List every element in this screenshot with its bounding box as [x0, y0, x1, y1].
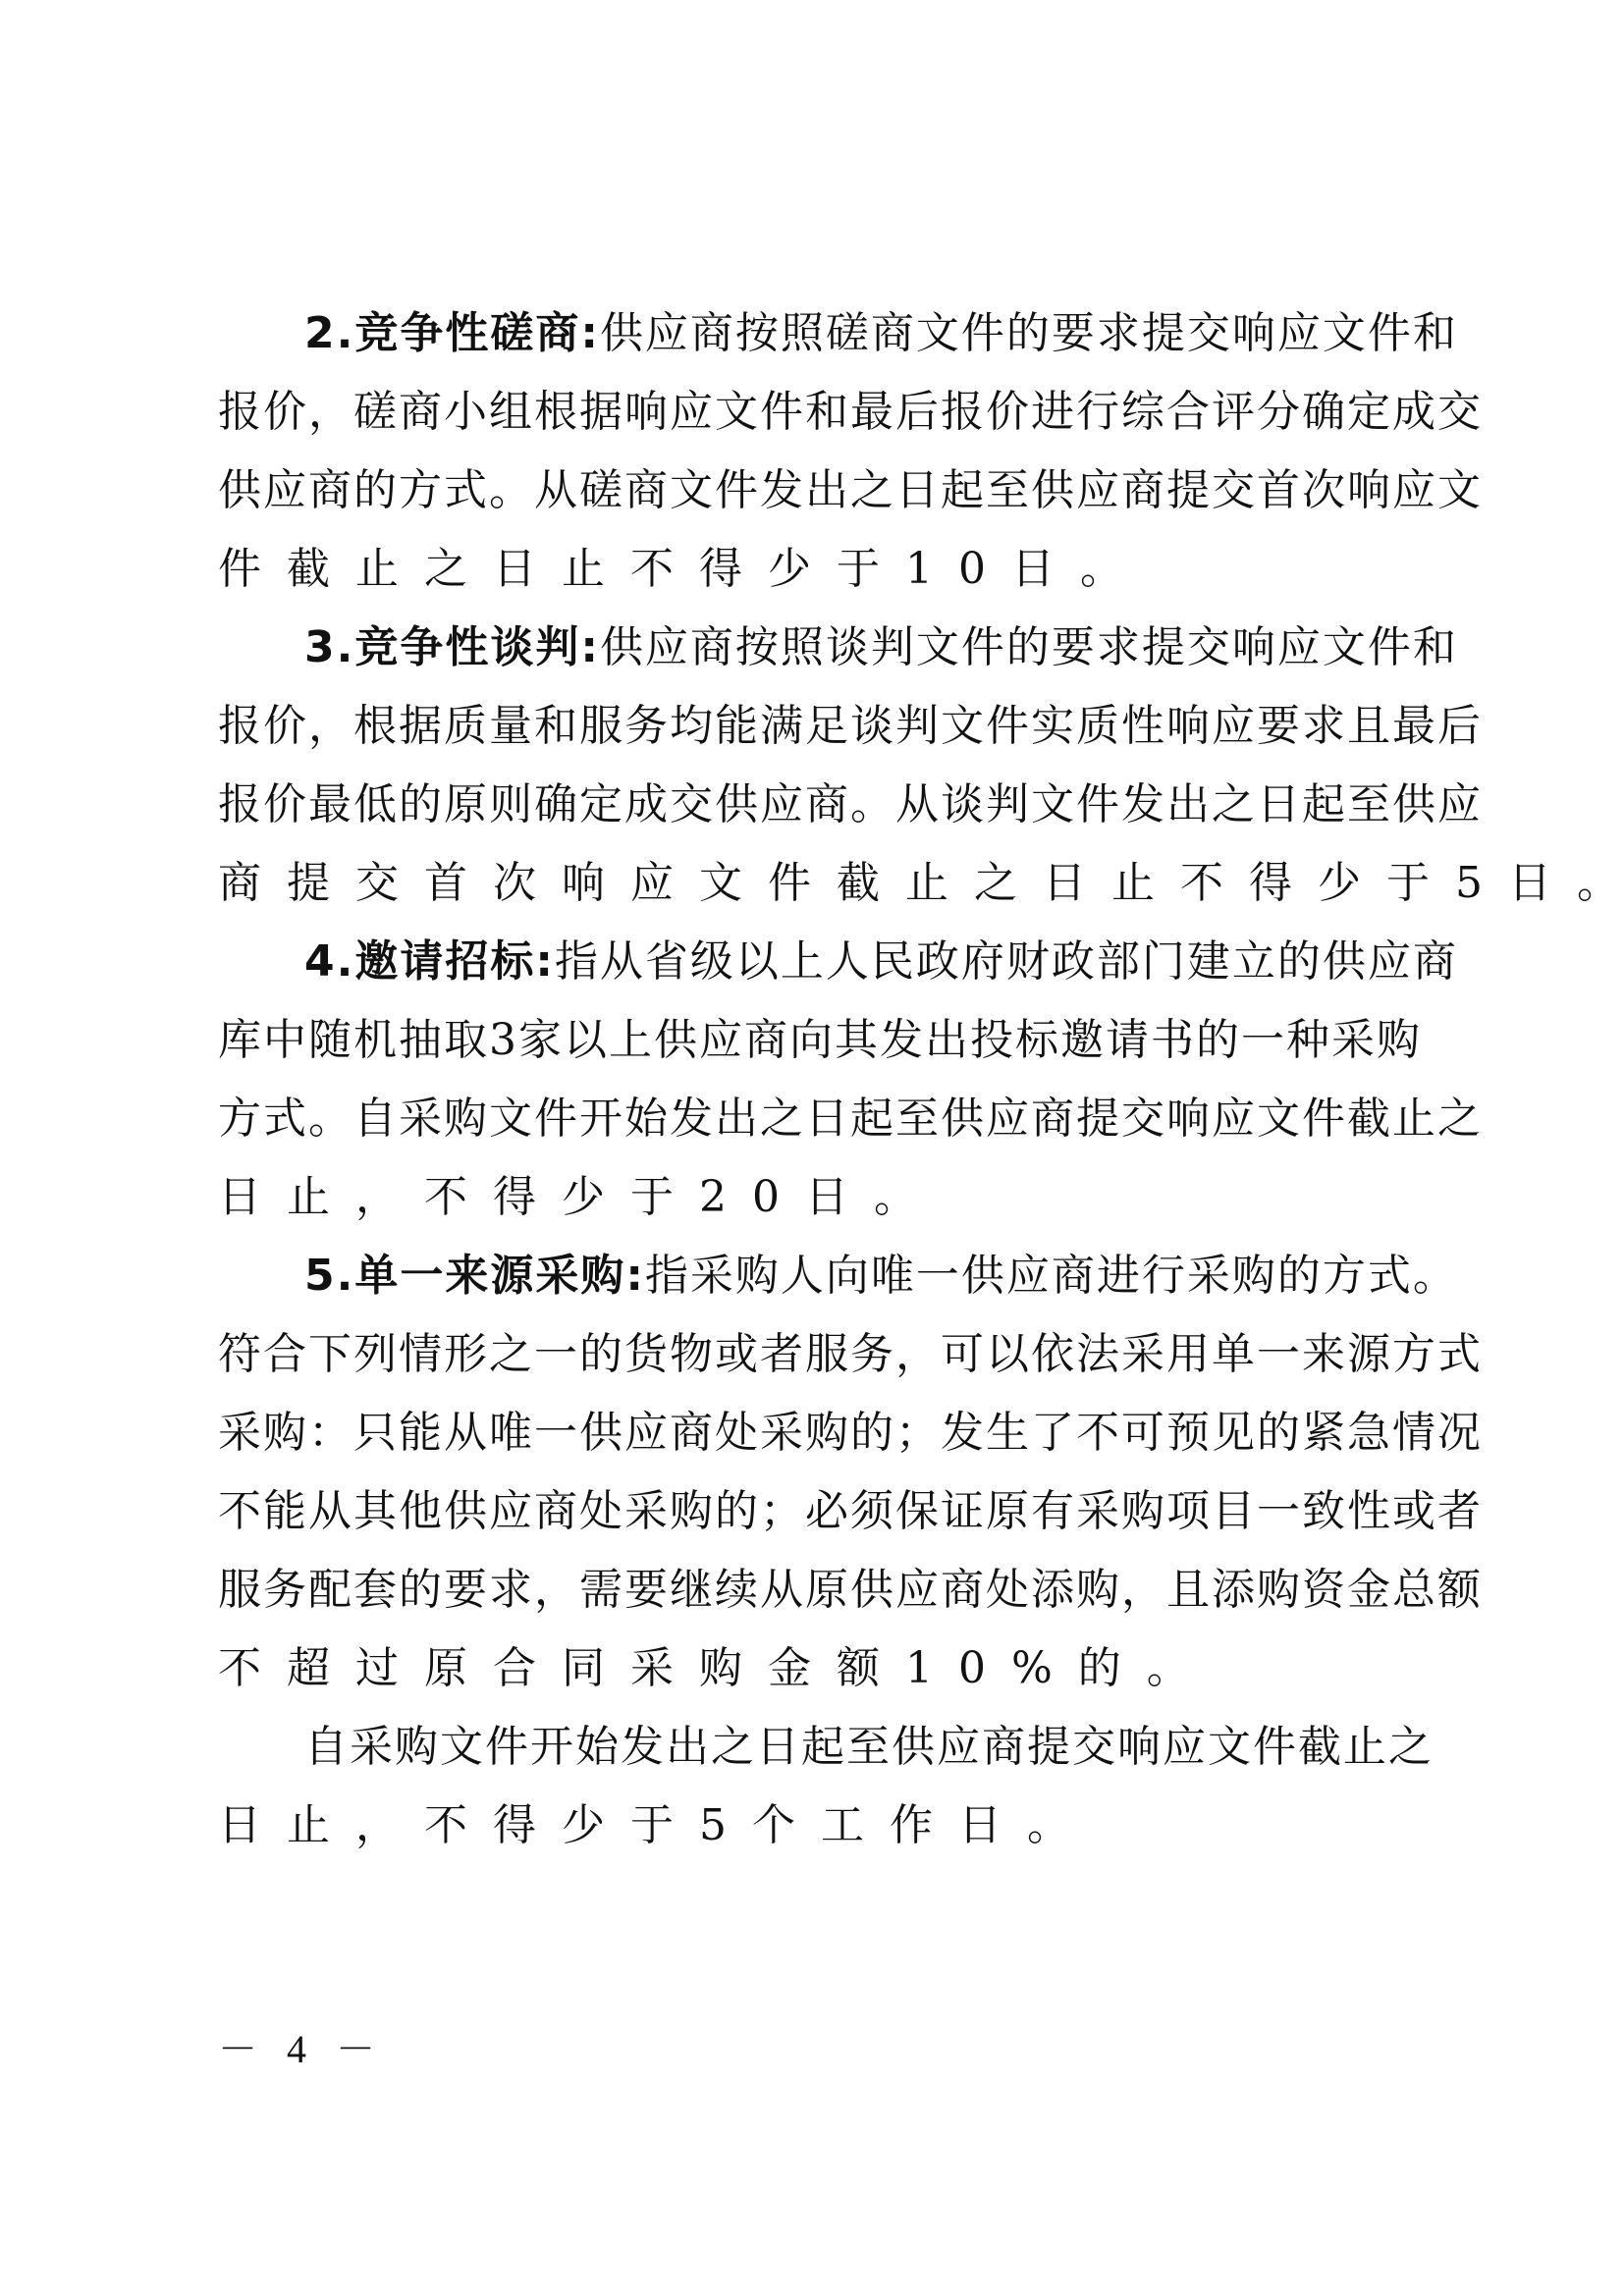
section-heading: 3.竞争性谈判: [304, 622, 600, 672]
section-heading: 4.邀请招标: [304, 936, 555, 987]
paragraph-line: 供应商的方式。从磋商文件发出之日起至供应商提交首次响应文 [218, 452, 1418, 530]
document-page: 2.竞争性磋商:供应商按照磋商文件的要求提交响应文件和 报价，磋商小组根据响应文… [0, 0, 1624, 2296]
page-number: － 4 － [218, 2020, 385, 2079]
paragraph-line: 3.竞争性谈判:供应商按照谈判文件的要求提交响应文件和 [218, 609, 1418, 687]
paragraph-line: 件截止之日止不得少于10日。 [218, 530, 1418, 609]
section-heading: 5.单一来源采购: [304, 1251, 645, 1301]
section-competitive-negotiation: 3.竞争性谈判:供应商按照谈判文件的要求提交响应文件和 报价，根据质量和服务均能… [218, 609, 1418, 923]
paragraph-line: 自采购文件开始发出之日起至供应商提交响应文件截止之 [218, 1708, 1418, 1787]
paragraph-line: 库中随机抽取3家以上供应商向其发出投标邀请书的一种采购 [218, 1001, 1418, 1080]
document-body: 2.竞争性磋商:供应商按照磋商文件的要求提交响应文件和 报价，磋商小组根据响应文… [218, 294, 1418, 1865]
line-text: 指采购人向唯一供应商进行采购的方式。 [645, 1251, 1458, 1301]
paragraph-line: 5.单一来源采购:指采购人向唯一供应商进行采购的方式。 [218, 1237, 1418, 1315]
section-competitive-consultation: 2.竞争性磋商:供应商按照磋商文件的要求提交响应文件和 报价，磋商小组根据响应文… [218, 294, 1418, 609]
paragraph-line: 服务配套的要求，需要继续从原供应商处添购，且添购资金总额 [218, 1551, 1418, 1629]
paragraph-line: 不能从其他供应商处采购的；必须保证原有采购项目一致性或者 [218, 1472, 1418, 1551]
section-heading: 2.竞争性磋商: [304, 308, 600, 358]
paragraph-line: 2.竞争性磋商:供应商按照磋商文件的要求提交响应文件和 [218, 294, 1418, 373]
paragraph-line: 日止，不得少于5个工作日。 [218, 1787, 1418, 1865]
paragraph-line: 日止，不得少于20日。 [218, 1158, 1418, 1237]
paragraph-line: 商提交首次响应文件截止之日止不得少于5日。 [218, 844, 1418, 923]
paragraph-line: 不超过原合同采购金额10%的。 [218, 1629, 1418, 1708]
paragraph-line: 报价，根据质量和服务均能满足谈判文件实质性响应要求且最后 [218, 687, 1418, 766]
closing-paragraph: 自采购文件开始发出之日起至供应商提交响应文件截止之 日止，不得少于5个工作日。 [218, 1708, 1418, 1865]
section-single-source-procurement: 5.单一来源采购:指采购人向唯一供应商进行采购的方式。 符合下列情形之一的货物或… [218, 1237, 1418, 1708]
section-invitation-bidding: 4.邀请招标:指从省级以上人民政府财政部门建立的供应商 库中随机抽取3家以上供应… [218, 923, 1418, 1237]
paragraph-line: 符合下列情形之一的货物或者服务，可以依法采用单一来源方式 [218, 1315, 1418, 1394]
paragraph-line: 采购：只能从唯一供应商处采购的；发生了不可预见的紧急情况 [218, 1394, 1418, 1472]
line-text: 指从省级以上人民政府财政部门建立的供应商 [555, 936, 1458, 987]
paragraph-line: 报价，磋商小组根据响应文件和最后报价进行综合评分确定成交 [218, 373, 1418, 452]
paragraph-line: 4.邀请招标:指从省级以上人民政府财政部门建立的供应商 [218, 923, 1418, 1001]
line-text: 供应商按照磋商文件的要求提交响应文件和 [600, 308, 1458, 358]
paragraph-line: 报价最低的原则确定成交供应商。从谈判文件发出之日起至供应 [218, 766, 1418, 844]
paragraph-line: 方式。自采购文件开始发出之日起至供应商提交响应文件截止之 [218, 1080, 1418, 1158]
line-text: 供应商按照谈判文件的要求提交响应文件和 [600, 622, 1458, 672]
